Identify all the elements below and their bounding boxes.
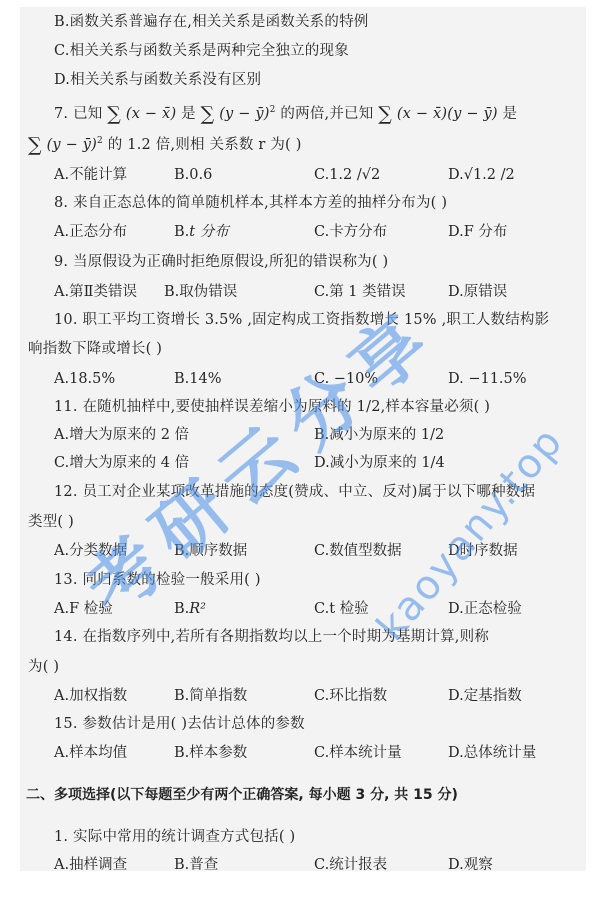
q9-option-b: B.取伪错误	[164, 282, 237, 302]
stem-text: 已知	[73, 106, 102, 122]
q15-option-b: B.样本参数	[174, 743, 247, 763]
q9-option-c: C.第 1 类错误	[314, 282, 406, 302]
q13-option-d: D.正态检验	[448, 599, 522, 619]
q12-stem-line1: 12. 员工对企业某项改革措施的态度(赞成、中立、反对)属于以下哪种数据	[54, 482, 535, 502]
q10-option-b: B.14%	[174, 369, 222, 389]
superscript: 2	[97, 136, 103, 146]
m1-option-c: C.统计报表	[314, 855, 387, 875]
summation-symbol: ∑	[28, 134, 42, 156]
q7-stem-line1: 7. 已知 ∑ (x − x̄) 是 ∑ (y − ȳ)2 的两倍,并已知 ∑ …	[54, 100, 517, 124]
exam-page: B.函数关系普遍存在,相关关系是函数关系的特例 C.相关关系与函数关系是两种完全…	[20, 7, 586, 871]
math-expr: (x − x̄)	[126, 106, 176, 122]
option-label: C.	[54, 43, 70, 59]
question-number: 7.	[54, 106, 68, 122]
q13-option-a: A.F 检验	[54, 599, 113, 619]
q6-option-d: D.相关关系与函数关系没有区别	[54, 70, 261, 90]
q14-stem-line1: 14. 在指数序列中,若所有各期指数均以上一个时期为基期计算,则称	[54, 627, 489, 647]
stem-text: 是	[181, 106, 196, 122]
q12-option-c: C.数值型数据	[314, 541, 402, 561]
q7-option-c: C.1.2 /√2	[314, 165, 380, 185]
math-expr: (y − ȳ)	[47, 137, 97, 153]
q12-option-b: B.顺序数据	[174, 541, 247, 561]
q9-option-a: A.第Ⅱ类错误	[54, 282, 137, 302]
q10-option-d: D. −11.5%	[448, 369, 527, 389]
q7-option-b: B.0.6	[174, 165, 212, 185]
q8-stem: 8. 来自正态总体的简单随机样本,其样本方差的抽样分布为( )	[54, 193, 447, 213]
math-expr: (x − x̄)(y − ȳ)	[397, 106, 498, 122]
q8-option-c: C.卡方分布	[314, 222, 387, 242]
q13-option-c: C.t 检验	[314, 599, 369, 619]
m1-option-a: A.抽样调查	[54, 855, 127, 875]
section-heading-multiple-choice: 二、多项选择(以下每题至少有两个正确答案, 每小题 3 分, 共 15 分)	[26, 785, 458, 805]
q15-option-d: D.总体统计量	[448, 743, 536, 763]
q8-option-b: B.t 分布	[174, 222, 229, 242]
q12-stem-line2: 类型( )	[28, 512, 74, 532]
q14-stem-line2: 为( )	[28, 657, 59, 677]
summation-symbol: ∑	[201, 103, 215, 125]
q13-option-b: B.R²	[174, 599, 206, 619]
option-label: B.	[54, 14, 70, 30]
q11-stem: 11. 在随机抽样中,要使抽样误差缩小为原料的 1/2,样本容量必须( )	[54, 397, 490, 417]
q13-stem: 13. 同归系数的检验一般采用( )	[54, 570, 261, 590]
q7-stem-line2: ∑ (y − ȳ)2 的 1.2 倍,则相 关系数 r 为( )	[28, 131, 302, 155]
q10-option-c: C. −10%	[314, 369, 378, 389]
q9-stem: 9. 当原假设为正确时拒绝原假设,所犯的错误称为( )	[54, 252, 388, 272]
q6-option-b: B.函数关系普遍存在,相关关系是函数关系的特例	[54, 12, 368, 32]
q14-option-c: C.环比指数	[314, 686, 387, 706]
q12-option-d: D时序数据	[448, 541, 518, 561]
q10-option-a: A.18.5%	[54, 369, 115, 389]
summation-symbol: ∑	[378, 103, 392, 125]
q9-option-d: D.原错误	[448, 282, 507, 302]
math-expr: (y − ȳ)	[219, 106, 269, 122]
m1-option-b: B.普查	[174, 855, 218, 875]
stem-text: 的 1.2 倍,则相 关系数 r 为( )	[108, 137, 302, 153]
q11-option-c: C.增大为原来的 4 倍	[54, 453, 189, 473]
q7-option-d: D.√1.2 /2	[448, 165, 515, 185]
q7-option-a: A.不能计算	[54, 165, 127, 185]
m1-stem: 1. 实际中常用的统计调查方式包括( )	[54, 827, 295, 847]
q14-option-a: A.加权指数	[54, 686, 127, 706]
q8-option-d: D.F 分布	[448, 222, 507, 242]
option-text: 函数关系普遍存在,相关关系是函数关系的特例	[70, 14, 369, 30]
q14-option-d: D.定基指数	[448, 686, 522, 706]
q15-option-c: C.样本统计量	[314, 743, 402, 763]
m1-option-d: D.观察	[448, 855, 493, 875]
q10-stem-line2: 响指数下降或增长( )	[28, 339, 162, 359]
stem-text: 的两倍,并已知	[280, 106, 373, 122]
q12-option-a: A.分类数据	[54, 541, 127, 561]
option-label: D.	[54, 72, 70, 88]
summation-symbol: ∑	[107, 103, 121, 125]
q15-option-a: A.样本均值	[54, 743, 127, 763]
superscript: 2	[270, 105, 276, 115]
stem-text: 是	[503, 106, 518, 122]
option-text: 相关关系与函数关系没有区别	[70, 72, 261, 88]
q14-option-b: B.简单指数	[174, 686, 247, 706]
q10-stem-line1: 10. 职工平均工资增长 3.5% ,固定构成工资指数增长 15% ,职工人数结…	[54, 310, 549, 330]
q11-option-d: D.减小为原来的 1/4	[314, 453, 445, 473]
q15-stem: 15. 参数估计是用( )去估计总体的参数	[54, 714, 305, 734]
q11-option-b: B.减小为原来的 1/2	[314, 425, 444, 445]
option-text: 相关关系与函数关系是两种完全独立的现象	[70, 43, 349, 59]
q6-option-c: C.相关关系与函数关系是两种完全独立的现象	[54, 41, 349, 61]
q11-option-a: A.增大为原来的 2 倍	[54, 425, 189, 445]
q8-option-a: A.正态分布	[54, 222, 127, 242]
